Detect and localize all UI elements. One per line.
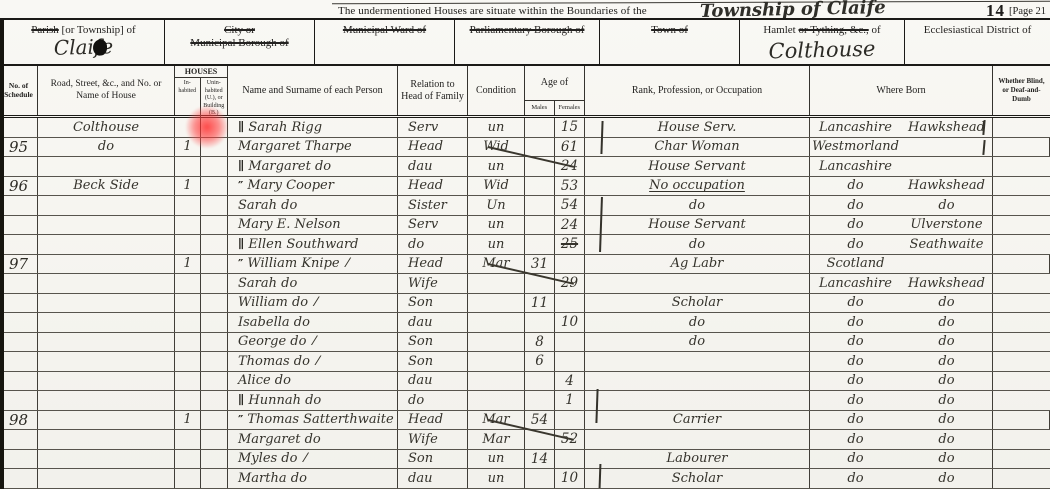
infirmity-cell (993, 430, 1050, 449)
district-box-hamlet: Hamlet or Tything, &c., ofColthouse (740, 20, 905, 64)
schedule-cell (0, 294, 38, 313)
table-row: 95do1Margaret TharpeHeadWid61Char WomanW… (0, 138, 1050, 158)
age-male-cell (525, 138, 555, 157)
top-rule (332, 1, 1050, 5)
rows: Colthouse∥Sarah RiggServun15House Serv.L… (0, 118, 1050, 489)
district-box-label: Municipal Ward of (315, 24, 454, 37)
col-occupation-header: Rank, Profession, or Occupation (585, 66, 810, 115)
inhabited-cell (175, 450, 201, 469)
relation-cell: dau (398, 313, 468, 332)
schedule-cell (0, 274, 38, 293)
infirmity-cell (993, 177, 1050, 196)
infirmity-cell (993, 294, 1050, 313)
road-cell (38, 411, 175, 430)
name-cell: Thomas do⁄ (228, 352, 398, 371)
schedule-cell: 95 (0, 138, 38, 157)
uninhabited-cell (201, 372, 228, 391)
uninhabited-cell (201, 196, 228, 215)
infirmity-cell (993, 469, 1050, 488)
col-schedule-label: No. of Schedule (2, 82, 35, 100)
road-cell (38, 216, 175, 235)
col-born-header: Where Born (810, 66, 993, 115)
col-houses-label: HOUSES (175, 66, 227, 78)
district-box-label: Hamlet or Tything, &c., of (740, 24, 904, 37)
relation-cell: Head (398, 255, 468, 274)
born-cell: dodo (810, 469, 993, 488)
condition-cell (468, 274, 525, 293)
occupation-cell (585, 352, 810, 371)
name-cell: Mary E. Nelson (228, 216, 398, 235)
age-female-cell: 10 (555, 469, 585, 488)
inhabited-cell (175, 372, 201, 391)
table-row: 96Beck Side1″Mary CooperHeadWid53No occu… (0, 177, 1050, 197)
relation-cell: Serv (398, 216, 468, 235)
name-cell: ″William Knipe⁄ (228, 255, 398, 274)
age-male-cell (525, 177, 555, 196)
schedule-cell (0, 469, 38, 488)
infirmity-cell (993, 391, 1050, 410)
age-female-cell: 24 (555, 216, 585, 235)
uninhabited-cell (201, 450, 228, 469)
relation-cell: dau (398, 469, 468, 488)
occupation-cell: Char Woman (585, 138, 810, 157)
name-cell: ∥Ellen Southward (228, 235, 398, 254)
road-cell (38, 333, 175, 352)
schedule-cell (0, 196, 38, 215)
col-relation-header: Relation to Head of Family (398, 66, 468, 115)
schedule-cell: 96 (0, 177, 38, 196)
scan-left-edge (0, 20, 4, 489)
relation-cell: Son (398, 352, 468, 371)
age-female-cell (555, 333, 585, 352)
relation-cell: do (398, 391, 468, 410)
condition-cell: un (468, 235, 525, 254)
inhabited-cell (175, 352, 201, 371)
occupation-cell (585, 274, 810, 293)
road-cell (38, 313, 175, 332)
name-cell: George do⁄ (228, 333, 398, 352)
occupation-cell: House Servant (585, 216, 810, 235)
name-cell: ″Thomas Satterthwaite (228, 411, 398, 430)
name-cell: ″Mary Cooper (228, 177, 398, 196)
relation-cell: Son (398, 294, 468, 313)
infirmity-cell (993, 372, 1050, 391)
condition-cell: un (468, 118, 525, 137)
age-female-cell: 15 (555, 118, 585, 137)
relation-cell: Head (398, 177, 468, 196)
condition-cell: un (468, 157, 525, 176)
col-condition-header: Condition (468, 66, 525, 115)
infirmity-cell (993, 450, 1050, 469)
inhabited-cell (175, 391, 201, 410)
age-female-cell (555, 255, 585, 274)
born-cell: Lancashire (810, 157, 993, 176)
age-female-cell (555, 450, 585, 469)
born-cell: dodo (810, 196, 993, 215)
uninhabited-cell (201, 294, 228, 313)
relation-cell: Head (398, 411, 468, 430)
road-cell (38, 274, 175, 293)
condition-cell: Un (468, 196, 525, 215)
age-male-cell: 6 (525, 352, 555, 371)
infirmity-cell (993, 196, 1050, 215)
inhabited-cell: 1 (175, 255, 201, 274)
born-cell: dodo (810, 391, 993, 410)
inhabited-cell (175, 196, 201, 215)
uninhabited-cell (201, 177, 228, 196)
table-row: William do⁄Son11Scholardodo (0, 294, 1050, 314)
table-row: Thomas do⁄Son6dodo (0, 352, 1050, 372)
relation-cell: dau (398, 372, 468, 391)
age-male-cell (525, 216, 555, 235)
district-box-label: City orMunicipal Borough of (165, 24, 314, 50)
condition-cell: un (468, 469, 525, 488)
road-cell: Colthouse (38, 118, 175, 137)
table-row: Colthouse∥Sarah RiggServun15House Serv.L… (0, 118, 1050, 138)
age-male-cell (525, 391, 555, 410)
born-cell: Scotland (810, 255, 993, 274)
age-male-cell: 11 (525, 294, 555, 313)
infirmity-cell (993, 157, 1050, 176)
col-infirmity-header: Whether Blind, or Deaf-and-Dumb (993, 66, 1050, 115)
ink-blot (93, 39, 107, 55)
age-female-cell: 61 (555, 138, 585, 157)
name-cell: Sarah do (228, 274, 398, 293)
col-age-header: Age of Males Females (525, 66, 585, 115)
schedule-cell: 98 (0, 411, 38, 430)
schedule-cell (0, 235, 38, 254)
col-born-label: Where Born (876, 85, 925, 97)
condition-cell (468, 352, 525, 371)
born-cell: doSeathwaite (810, 235, 993, 254)
inhabited-cell (175, 157, 201, 176)
col-age-label: Age of (525, 66, 584, 100)
col-schedule-header: No. of Schedule (0, 66, 38, 115)
uninhabited-cell (201, 430, 228, 449)
born-cell: dodo (810, 352, 993, 371)
uninhabited-cell (201, 157, 228, 176)
road-cell (38, 450, 175, 469)
age-male-cell (525, 235, 555, 254)
inhabited-cell: 1 (175, 411, 201, 430)
name-cell: Sarah do (228, 196, 398, 215)
table-row: Sarah doWife29LancashireHawkshead (0, 274, 1050, 294)
schedule-cell (0, 372, 38, 391)
table-row: ∥Hunnah dodo1dodo (0, 391, 1050, 411)
infirmity-cell (993, 255, 1050, 274)
age-male-cell (525, 372, 555, 391)
uninhabited-cell (201, 411, 228, 430)
table-row: ∥Ellen Southwarddoun25dodoSeathwaite (0, 235, 1050, 255)
occupation-cell: do (585, 196, 810, 215)
district-box-parish: Parish [or Township] ofClaife (0, 20, 165, 64)
condition-cell: un (468, 450, 525, 469)
occupation-cell: House Serv. (585, 118, 810, 137)
infirmity-cell (993, 235, 1050, 254)
condition-cell (468, 294, 525, 313)
occupation-cell (585, 430, 810, 449)
relation-cell: Sister (398, 196, 468, 215)
age-male-cell (525, 313, 555, 332)
road-cell (38, 294, 175, 313)
road-cell: Beck Side (38, 177, 175, 196)
district-box-ecclesiastical-district: Ecclesiastical District of (905, 20, 1050, 64)
table-row: Alice dodau4dodo (0, 372, 1050, 392)
infirmity-cell (993, 274, 1050, 293)
age-female-cell: 25 (555, 235, 585, 254)
age-female-cell: 4 (555, 372, 585, 391)
infirmity-cell (993, 411, 1050, 430)
road-cell (38, 430, 175, 449)
table-row: Sarah doSisterUn54dododo (0, 196, 1050, 216)
infirmity-cell (993, 118, 1050, 137)
age-male-cell: 54 (525, 411, 555, 430)
road-cell (38, 352, 175, 371)
infirmity-cell (993, 138, 1050, 157)
infirmity-cell (993, 216, 1050, 235)
infirmity-cell (993, 352, 1050, 371)
born-cell: doUlverstone (810, 216, 993, 235)
schedule-cell (0, 216, 38, 235)
occupation-cell: House Servant (585, 157, 810, 176)
name-cell: Martha do (228, 469, 398, 488)
table-row: Margaret doWifeMar52dodo (0, 430, 1050, 450)
age-female-cell (555, 352, 585, 371)
age-female-cell: 1 (555, 391, 585, 410)
relation-cell: dau (398, 157, 468, 176)
name-cell: ∥Sarah Rigg (228, 118, 398, 137)
schedule-cell (0, 313, 38, 332)
born-cell: dodo (810, 333, 993, 352)
inhabited-cell (175, 430, 201, 449)
road-cell (38, 235, 175, 254)
inhabited-cell (175, 274, 201, 293)
district-box-municipal-borough: City orMunicipal Borough of (165, 20, 315, 64)
schedule-cell (0, 450, 38, 469)
condition-cell: Mar (468, 430, 525, 449)
red-highlight-marker (186, 106, 228, 148)
relation-cell: Head (398, 138, 468, 157)
pen-tick (982, 139, 985, 154)
road-cell (38, 196, 175, 215)
relation-cell: Serv (398, 118, 468, 137)
uninhabited-cell (201, 216, 228, 235)
col-relation-label: Relation to Head of Family (400, 79, 465, 103)
census-sheet: The undermentioned Houses are situate wi… (0, 0, 1050, 489)
schedule-cell: 97 (0, 255, 38, 274)
table-row: Isabella dodau10dododo (0, 313, 1050, 333)
age-male-cell: 8 (525, 333, 555, 352)
age-female-cell: 10 (555, 313, 585, 332)
col-infirmity-label: Whether Blind, or Deaf-and-Dumb (995, 77, 1048, 104)
condition-cell (468, 372, 525, 391)
table-row: Martha dodauun10Scholardodo (0, 469, 1050, 489)
age-male-cell (525, 469, 555, 488)
district-boxes: Parish [or Township] ofClaifeCity orMuni… (0, 18, 1050, 66)
age-female-cell: 54 (555, 196, 585, 215)
schedule-cell (0, 333, 38, 352)
schedule-cell (0, 118, 38, 137)
uninhabited-cell (201, 469, 228, 488)
table-row: ∥Margaret dodauun24House ServantLancashi… (0, 157, 1050, 177)
age-female-cell (555, 411, 585, 430)
name-cell: Margaret Tharpe (228, 138, 398, 157)
condition-cell: Wid (468, 177, 525, 196)
born-cell: dodo (810, 294, 993, 313)
district-box-town: Town of (600, 20, 740, 64)
condition-cell (468, 391, 525, 410)
born-cell: LancashireHawkshead (810, 118, 993, 137)
occupation-cell: do (585, 333, 810, 352)
col-road-label: Road, Street, &c., and No. or Name of Ho… (40, 79, 172, 101)
name-cell: Isabella do (228, 313, 398, 332)
road-cell (38, 372, 175, 391)
born-cell: Westmorland (810, 138, 993, 157)
road-cell (38, 157, 175, 176)
age-female-cell (555, 294, 585, 313)
name-cell: ∥Hunnah do (228, 391, 398, 410)
infirmity-cell (993, 333, 1050, 352)
boundary-statement: The undermentioned Houses are situate wi… (338, 5, 647, 17)
name-cell: Myles do⁄ (228, 450, 398, 469)
occupation-cell: Scholar (585, 294, 810, 313)
name-cell: ∥Margaret do (228, 157, 398, 176)
age-male-cell (525, 118, 555, 137)
col-name-label: Name and Surname of each Person (242, 85, 382, 97)
uninhabited-cell (201, 333, 228, 352)
district-box-label: Town of (600, 24, 739, 37)
col-road-header: Road, Street, &c., and No. or Name of Ho… (38, 66, 175, 115)
table-row: Myles do⁄Sonun14Labourerdodo (0, 450, 1050, 470)
born-cell: dodo (810, 411, 993, 430)
schedule-cell (0, 430, 38, 449)
district-box-label: Ecclesiastical District of (905, 24, 1050, 37)
occupation-cell: No occupation (585, 177, 810, 196)
infirmity-cell (993, 313, 1050, 332)
column-header-row: No. of Schedule Road, Street, &c., and N… (0, 66, 1050, 118)
relation-cell: Wife (398, 274, 468, 293)
occupation-cell (585, 391, 810, 410)
born-cell: dodo (810, 313, 993, 332)
condition-cell: un (468, 216, 525, 235)
schedule-cell (0, 157, 38, 176)
occupation-cell: Carrier (585, 411, 810, 430)
inhabited-cell (175, 469, 201, 488)
uninhabited-cell (201, 255, 228, 274)
schedule-cell (0, 391, 38, 410)
born-cell: dodo (810, 430, 993, 449)
uninhabited-cell (201, 352, 228, 371)
occupation-cell: Ag Labr (585, 255, 810, 274)
district-box-value: Claife (3, 33, 165, 61)
name-cell: Margaret do (228, 430, 398, 449)
uninhabited-cell (201, 313, 228, 332)
age-female-cell: 53 (555, 177, 585, 196)
name-cell: William do⁄ (228, 294, 398, 313)
condition-cell (468, 333, 525, 352)
table-row: George do⁄Son8dododo (0, 333, 1050, 353)
uninhabited-cell (201, 235, 228, 254)
age-male-cell: 31 (525, 255, 555, 274)
born-cell: LancashireHawkshead (810, 274, 993, 293)
road-cell (38, 469, 175, 488)
district-box-value: Colthouse (740, 36, 905, 64)
inhabited-cell (175, 294, 201, 313)
born-cell: dodo (810, 372, 993, 391)
district-box-municipal-ward: Municipal Ward of (315, 20, 455, 64)
table-row: 981″Thomas SatterthwaiteHeadMar54Carrier… (0, 411, 1050, 431)
col-occupation-label: Rank, Profession, or Occupation (632, 85, 762, 97)
condition-cell (468, 313, 525, 332)
inhabited-cell: 1 (175, 177, 201, 196)
col-males-label: Males (525, 101, 555, 115)
relation-cell: Wife (398, 430, 468, 449)
col-name-header: Name and Surname of each Person (228, 66, 398, 115)
occupation-cell: do (585, 313, 810, 332)
col-females-label: Females (555, 101, 584, 115)
name-cell: Alice do (228, 372, 398, 391)
uninhabited-cell (201, 391, 228, 410)
age-male-cell: 14 (525, 450, 555, 469)
table-row: Mary E. NelsonServun24House ServantdoUlv… (0, 216, 1050, 236)
inhabited-cell (175, 235, 201, 254)
occupation-cell: do (585, 235, 810, 254)
inhabited-cell (175, 333, 201, 352)
road-cell (38, 391, 175, 410)
table-row: 971″William Knipe⁄HeadMar31Ag LabrScotla… (0, 255, 1050, 275)
road-cell: do (38, 138, 175, 157)
relation-cell: Son (398, 333, 468, 352)
relation-cell: Son (398, 450, 468, 469)
district-box-label: Parliamentary Borough of (455, 24, 599, 37)
inhabited-cell (175, 216, 201, 235)
schedule-cell (0, 352, 38, 371)
inhabited-cell (175, 313, 201, 332)
born-cell: dodo (810, 450, 993, 469)
uninhabited-cell (201, 274, 228, 293)
occupation-cell: Scholar (585, 469, 810, 488)
age-male-cell (525, 196, 555, 215)
col-condition-label: Condition (476, 85, 516, 97)
relation-cell: do (398, 235, 468, 254)
occupation-cell (585, 372, 810, 391)
page-number-label: [Page 21 (1009, 6, 1046, 17)
occupation-cell: Labourer (585, 450, 810, 469)
born-cell: doHawkshead (810, 177, 993, 196)
district-box-parliamentary-borough: Parliamentary Borough of (455, 20, 600, 64)
road-cell (38, 255, 175, 274)
